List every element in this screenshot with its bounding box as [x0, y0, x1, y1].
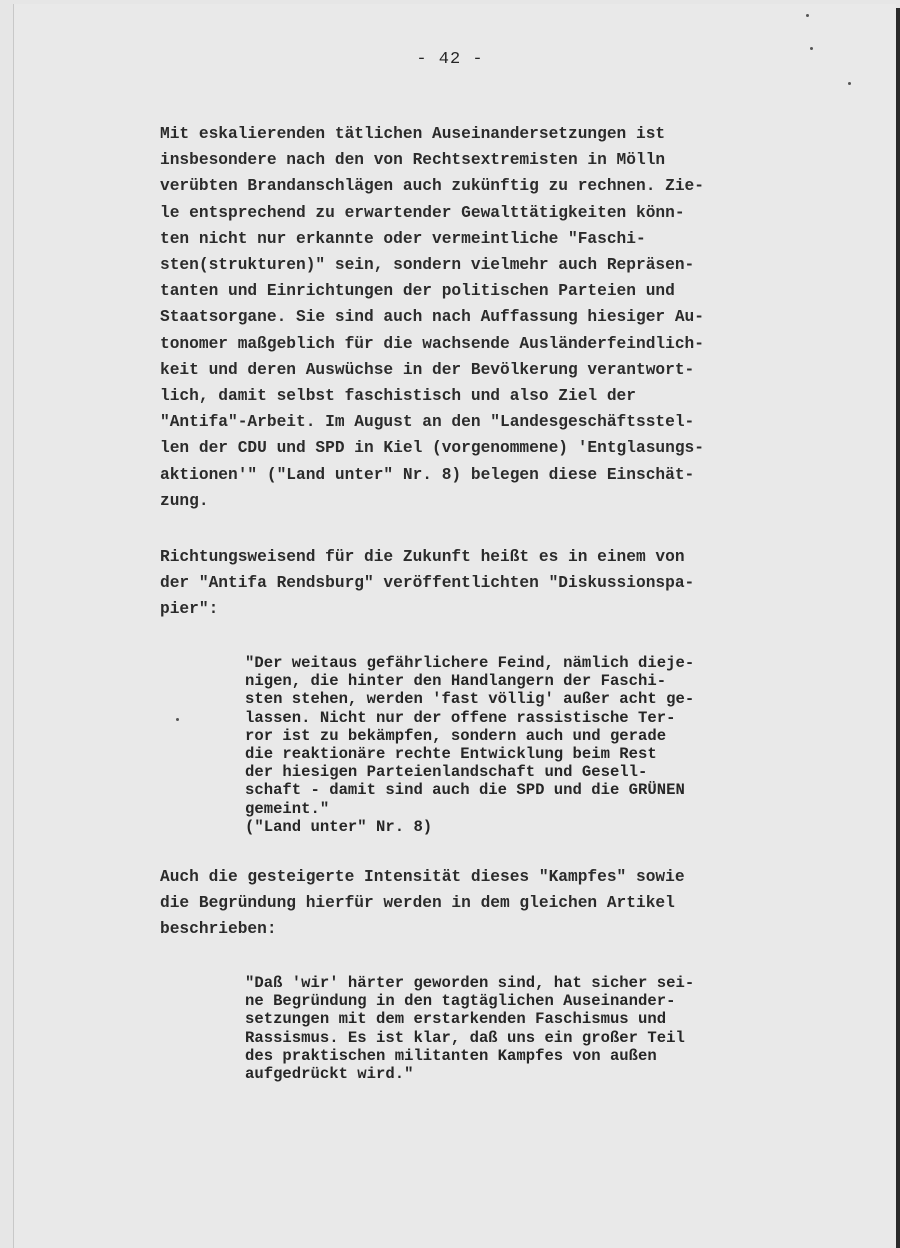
page-number: - 42 -: [0, 50, 900, 69]
text-line: sten(strukturen)" sein, sondern vielmehr…: [160, 252, 760, 278]
text-line: insbesondere nach den von Rechtsextremis…: [160, 147, 760, 173]
text-line: lassen. Nicht nur der offene rassistisch…: [245, 709, 765, 727]
block-quote-2: "Daß 'wir' härter geworden sind, hat sic…: [245, 974, 765, 1083]
text-line: len der CDU und SPD in Kiel (vorgenommen…: [160, 435, 760, 461]
text-line: tonomer maßgeblich für die wachsende Aus…: [160, 331, 760, 357]
text-line: pier":: [160, 596, 760, 622]
block-quote-1: "Der weitaus gefährlichere Feind, nämlic…: [245, 654, 765, 836]
text-line: "Daß 'wir' härter geworden sind, hat sic…: [245, 974, 765, 992]
text-line: verübten Brandanschlägen auch zukünftig …: [160, 173, 760, 199]
text-line: ten nicht nur erkannte oder vermeintlich…: [160, 226, 760, 252]
text-line: ror ist zu bekämpfen, sondern auch und g…: [245, 727, 765, 745]
text-line: schaft - damit sind auch die SPD und die…: [245, 781, 765, 799]
paragraph-1: Mit eskalierenden tätlichen Auseinanders…: [160, 121, 760, 514]
text-line: "Antifa"-Arbeit. Im August an den "Lande…: [160, 409, 760, 435]
text-line: gemeint.": [245, 800, 765, 818]
text-line: zung.: [160, 488, 760, 514]
scan-speck: [806, 14, 809, 17]
paragraph-3: Auch die gesteigerte Intensität dieses "…: [160, 864, 760, 943]
text-line: die Begründung hierfür werden in dem gle…: [160, 890, 760, 916]
paragraph-2: Richtungsweisend für die Zukunft heißt e…: [160, 544, 760, 623]
text-line: "Der weitaus gefährlichere Feind, nämlic…: [245, 654, 765, 672]
text-line: Staatsorgane. Sie sind auch nach Auffass…: [160, 304, 760, 330]
scan-speck: [176, 718, 179, 721]
text-line: der hiesigen Parteienlandschaft und Gese…: [245, 763, 765, 781]
page-edge-shadow: [896, 8, 900, 1248]
text-line: Mit eskalierenden tätlichen Auseinanders…: [160, 121, 760, 147]
text-line: sten stehen, werden 'fast völlig' außer …: [245, 690, 765, 708]
text-line: Rassismus. Es ist klar, daß uns ein groß…: [245, 1029, 765, 1047]
text-line: le entsprechend zu erwartender Gewalttät…: [160, 200, 760, 226]
text-line: beschrieben:: [160, 916, 760, 942]
text-line: ne Begründung in den tagtäglichen Ausein…: [245, 992, 765, 1010]
text-line: ("Land unter" Nr. 8): [245, 818, 765, 836]
text-line: lich, damit selbst faschistisch und also…: [160, 383, 760, 409]
text-line: der "Antifa Rendsburg" veröffentlichten …: [160, 570, 760, 596]
scan-speck: [848, 82, 851, 85]
text-line: Auch die gesteigerte Intensität dieses "…: [160, 864, 760, 890]
text-line: aufgedrückt wird.": [245, 1065, 765, 1083]
text-line: tanten und Einrichtungen der politischen…: [160, 278, 760, 304]
text-line: keit und deren Auswüchse in der Bevölker…: [160, 357, 760, 383]
text-line: aktionen'" ("Land unter" Nr. 8) belegen …: [160, 462, 760, 488]
text-line: nigen, die hinter den Handlangern der Fa…: [245, 672, 765, 690]
text-line: setzungen mit dem erstarkenden Faschismu…: [245, 1010, 765, 1028]
text-line: Richtungsweisend für die Zukunft heißt e…: [160, 544, 760, 570]
text-line: des praktischen militanten Kampfes von a…: [245, 1047, 765, 1065]
text-line: die reaktionäre rechte Entwicklung beim …: [245, 745, 765, 763]
